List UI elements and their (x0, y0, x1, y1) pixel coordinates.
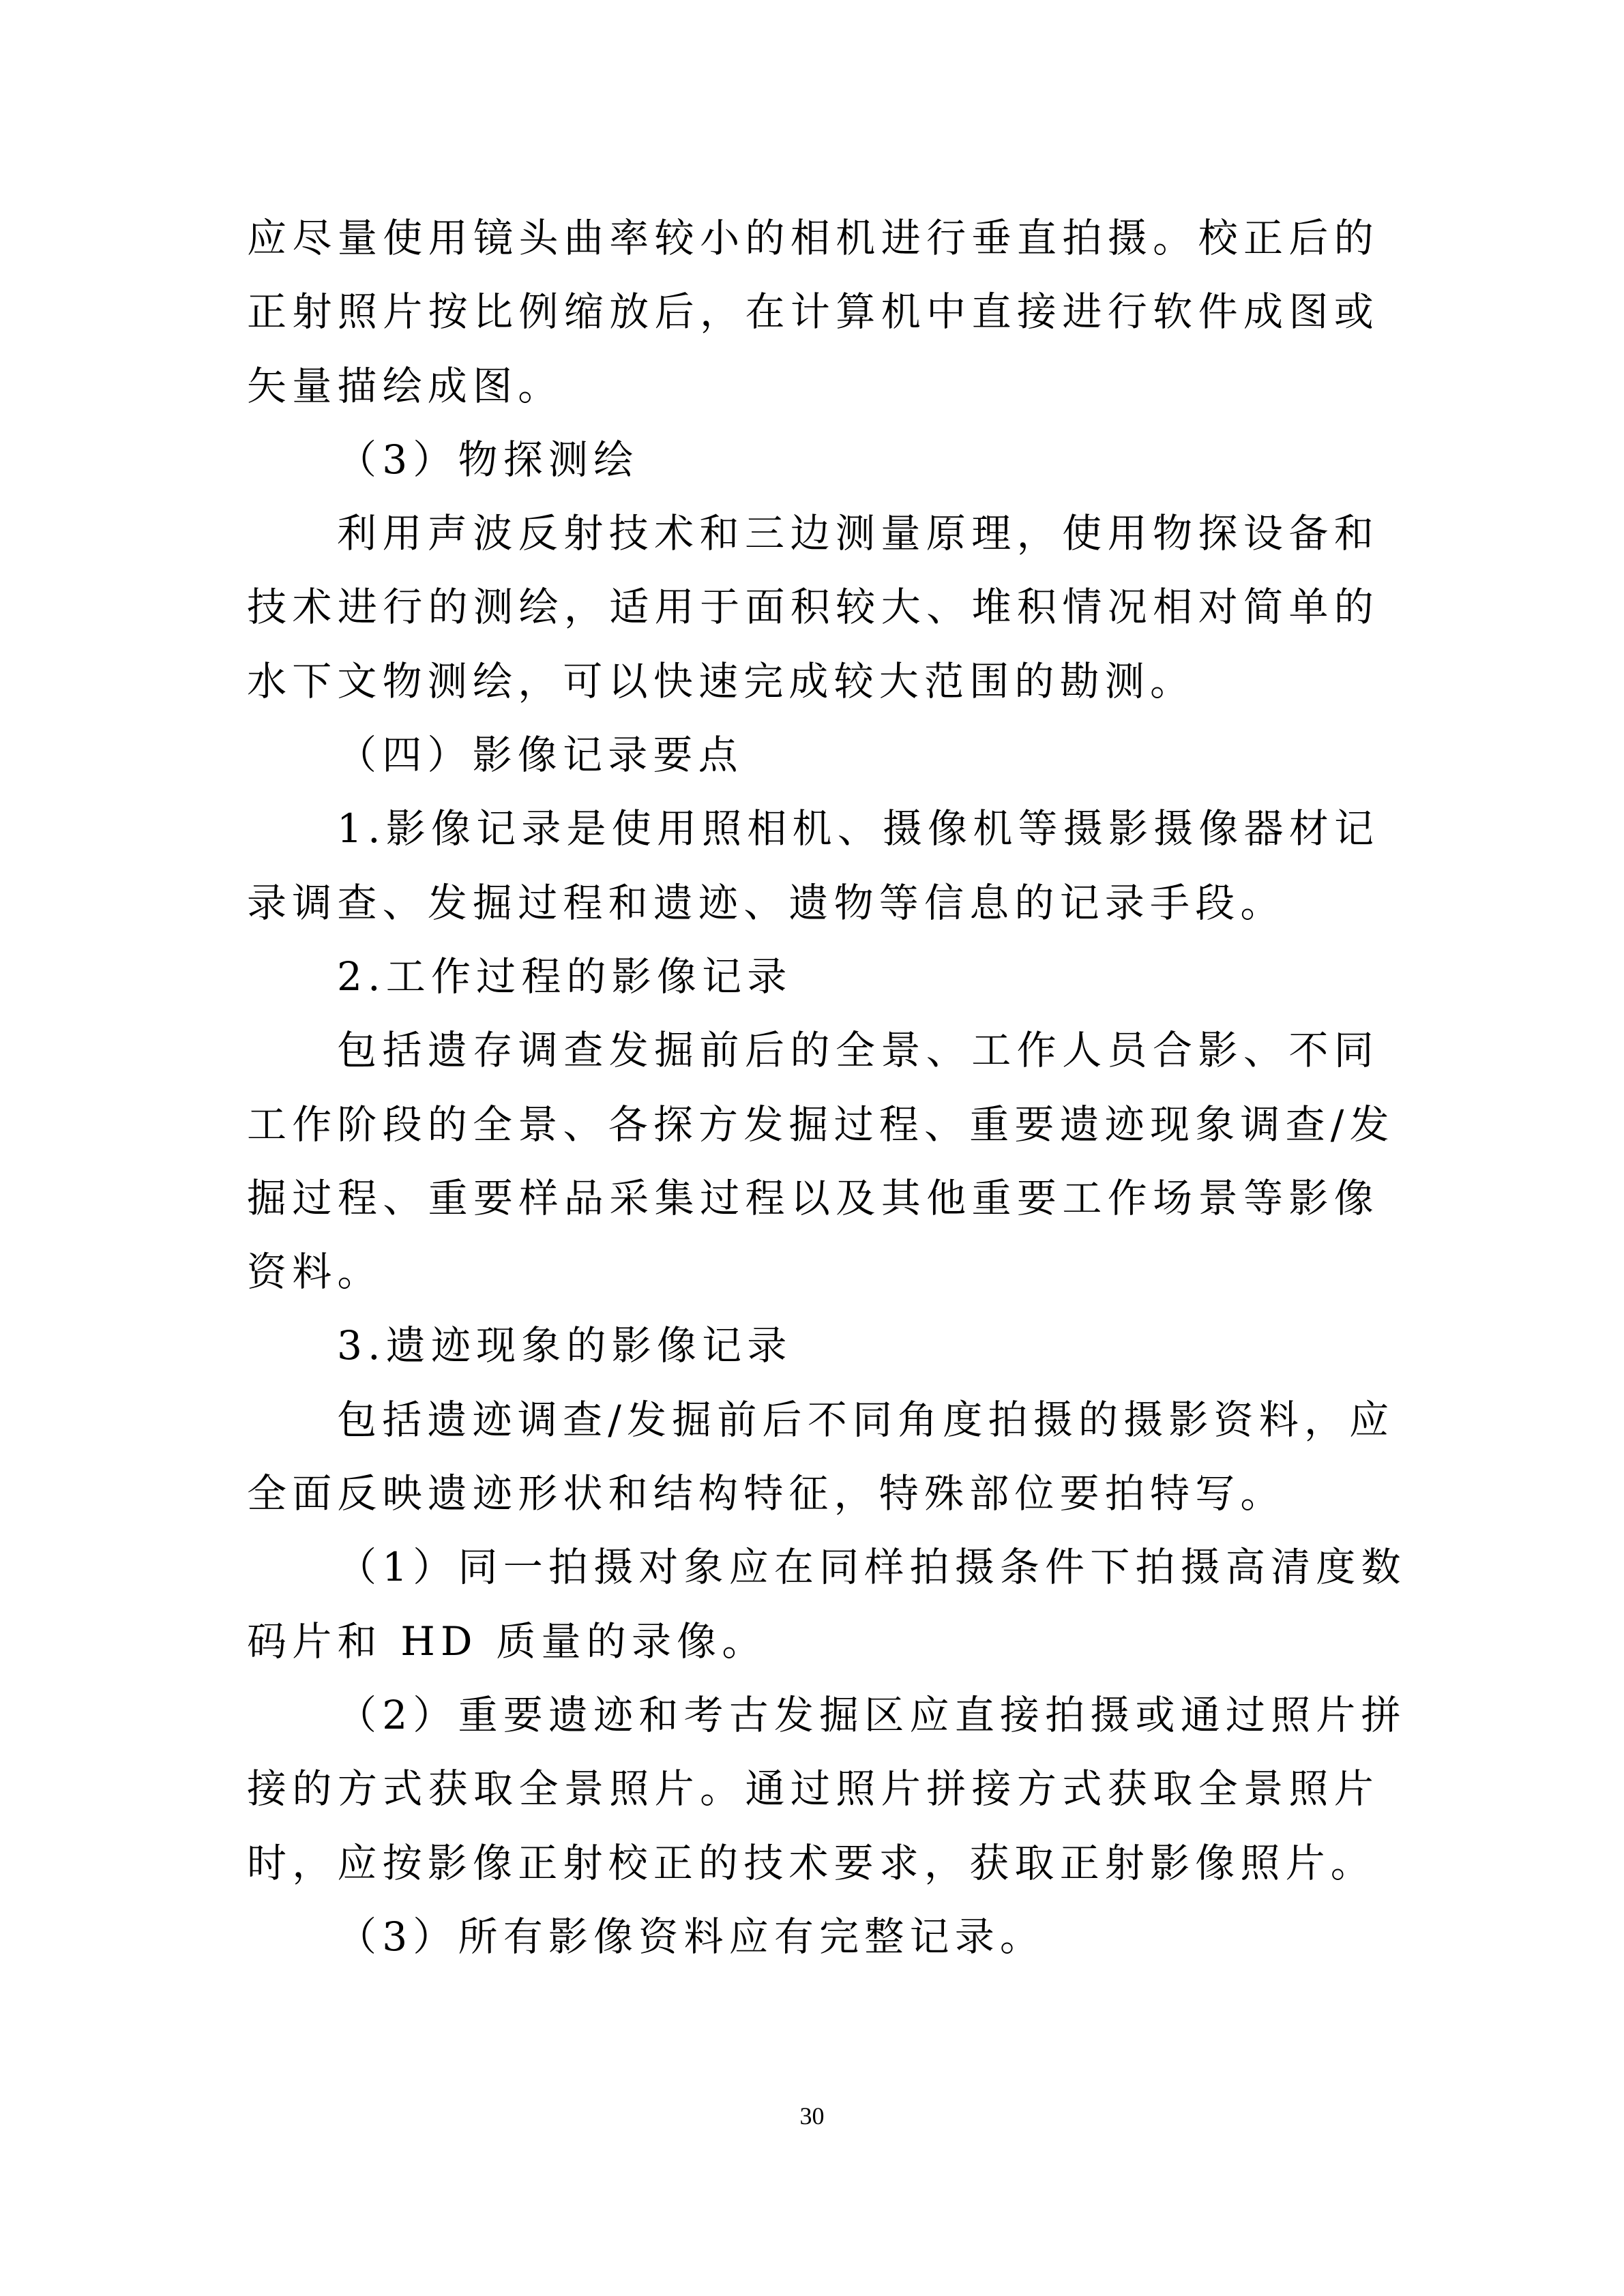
text-line: 水下文物测绘，可以快速完成较大范围的勘测。 (247, 644, 1379, 718)
text-line: （四）影像记录要点 (247, 718, 1379, 792)
document-body: 应尽量使用镜头曲率较小的相机进行垂直拍摄。校正后的 正射照片按比例缩放后，在计算… (247, 201, 1379, 1973)
paragraph-continuation: 应尽量使用镜头曲率较小的相机进行垂直拍摄。校正后的 正射照片按比例缩放后，在计算… (247, 201, 1379, 423)
text-line: 矢量描绘成图。 (247, 349, 1379, 423)
page-number: 30 (0, 2102, 1624, 2130)
paragraph-feature-imaging: 包括遗迹调查/发掘前后不同角度拍摄的摄影资料，应 全面反映遗迹形状和结构特征，特… (247, 1383, 1379, 1531)
paragraph-item-2: （2）重要遗迹和考古发掘区应直接拍摄或通过照片拼 接的方式获取全景照片。通过照片… (247, 1678, 1379, 1900)
text-line: （1）同一拍摄对象应在同样拍摄条件下拍摄高清度数 (247, 1530, 1379, 1604)
text-line: 包括遗存调查发掘前后的全景、工作人员合影、不同 (247, 1013, 1379, 1087)
text-line: 2.工作过程的影像记录 (247, 940, 1379, 1013)
text-line: 工作阶段的全景、各探方发掘过程、重要遗迹现象调查/发 (247, 1088, 1379, 1161)
text-line: 1.影像记录是使用照相机、摄像机等摄影摄像器材记 (247, 792, 1379, 865)
text-line: 技术进行的测绘，适用于面积较大、堆积情况相对简单的 (247, 570, 1379, 644)
text-line: （3）所有影像资料应有完整记录。 (247, 1900, 1379, 1973)
paragraph-work-process-imaging: 包括遗存调查发掘前后的全景、工作人员合影、不同 工作阶段的全景、各探方发掘过程、… (247, 1013, 1379, 1309)
text-line: （3）物探测绘 (247, 423, 1379, 496)
subheading-feature-imaging: 3.遗迹现象的影像记录 (247, 1309, 1379, 1382)
text-line: 接的方式获取全景照片。通过照片拼接方式获取全景照片 (247, 1752, 1379, 1825)
text-line: 全面反映遗迹形状和结构特征，特殊部位要拍特写。 (247, 1457, 1379, 1530)
text-line: 录调查、发掘过程和遗迹、遗物等信息的记录手段。 (247, 866, 1379, 940)
section-heading-imaging-points: （四）影像记录要点 (247, 718, 1379, 792)
subheading-work-process-imaging: 2.工作过程的影像记录 (247, 940, 1379, 1013)
text-line: （2）重要遗迹和考古发掘区应直接拍摄或通过照片拼 (247, 1678, 1379, 1752)
paragraph-item-3: （3）所有影像资料应有完整记录。 (247, 1900, 1379, 1973)
text-line: 掘过程、重要样品采集过程以及其他重要工作场景等影像 (247, 1161, 1379, 1235)
text-line: 码片和 HD 质量的录像。 (247, 1605, 1379, 1678)
text-line: 正射照片按比例缩放后，在计算机中直接进行软件成图或 (247, 275, 1379, 348)
paragraph-item-1: （1）同一拍摄对象应在同样拍摄条件下拍摄高清度数 码片和 HD 质量的录像。 (247, 1530, 1379, 1678)
text-line: 资料。 (247, 1235, 1379, 1309)
document-page: 应尽量使用镜头曲率较小的相机进行垂直拍摄。校正后的 正射照片按比例缩放后，在计算… (0, 0, 1624, 2296)
paragraph-imaging-definition: 1.影像记录是使用照相机、摄像机等摄影摄像器材记 录调查、发掘过程和遗迹、遗物等… (247, 792, 1379, 940)
paragraph-geophysical-survey: 利用声波反射技术和三边测量原理，使用物探设备和 技术进行的测绘，适用于面积较大、… (247, 496, 1379, 718)
text-line: 3.遗迹现象的影像记录 (247, 1309, 1379, 1382)
text-line: 应尽量使用镜头曲率较小的相机进行垂直拍摄。校正后的 (247, 201, 1379, 275)
text-line: 利用声波反射技术和三边测量原理，使用物探设备和 (247, 496, 1379, 570)
subheading-geophysical-survey: （3）物探测绘 (247, 423, 1379, 496)
text-line: 包括遗迹调查/发掘前后不同角度拍摄的摄影资料，应 (247, 1383, 1379, 1457)
text-line: 时，应按影像正射校正的技术要求，获取正射影像照片。 (247, 1826, 1379, 1900)
